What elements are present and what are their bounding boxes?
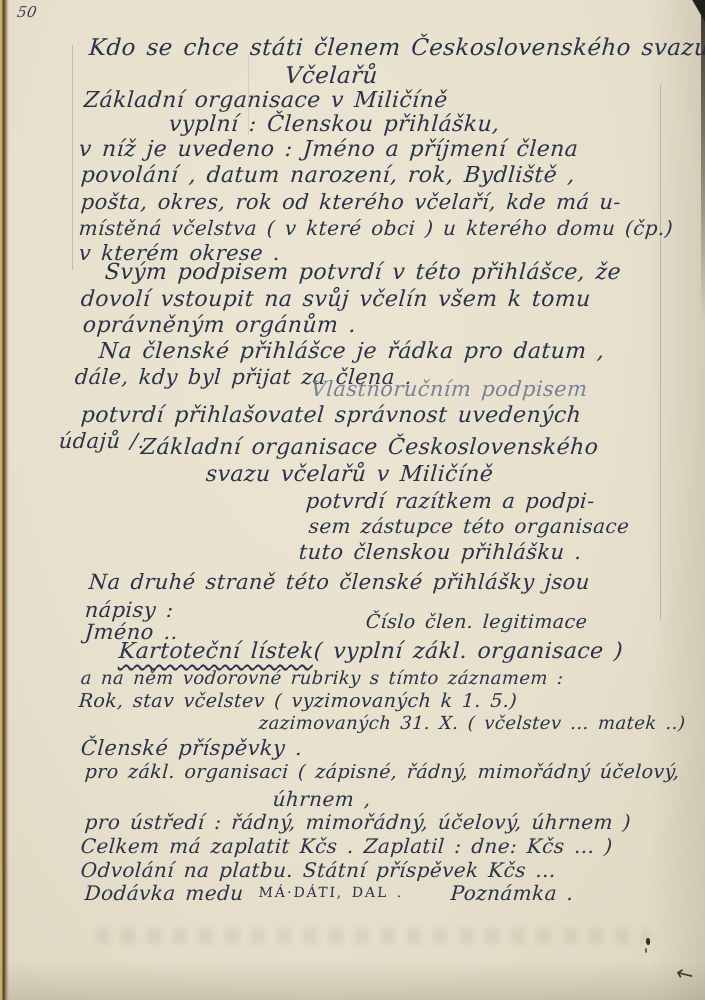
handwritten-line: Číslo člen. legitimace bbox=[365, 612, 588, 633]
handwritten-line: Celkem má zaplatit Kčs . Zaplatil : dne:… bbox=[80, 835, 613, 857]
handwritten-line: a na něm vodorovné rubriky s tímto zázna… bbox=[80, 669, 564, 689]
handwritten-line: Poznámka . bbox=[450, 882, 574, 904]
handwritten-line: sem zástupce této organisace bbox=[308, 515, 630, 537]
handwritten-line: oprávněným orgánům . bbox=[82, 314, 357, 338]
handwritten-line: nápisy : bbox=[84, 599, 174, 622]
handwritten-line: pro zákl. organisaci ( zápisné, řádný, m… bbox=[84, 762, 680, 783]
margin-line-left bbox=[72, 45, 73, 270]
handwritten-line: Na členské přihlášce je řádka pro datum … bbox=[98, 340, 605, 364]
handwritten-line: Vlastnoručním podpisem bbox=[310, 378, 588, 401]
underlined-heading: Kartoteční lístek bbox=[118, 639, 315, 664]
handwritten-line: Základní organisace v Miličíně bbox=[83, 89, 448, 113]
handwritten-line: Kdo se chce státi členem Československéh… bbox=[88, 36, 705, 61]
handwritten-line: potvrdí přihlašovatel správnost uvedenýc… bbox=[80, 404, 582, 428]
handwritten-line: Rok, stav včelstev ( vyzimovaných k 1. 5… bbox=[78, 691, 518, 712]
handwritten-line: pro ústředí : řádný, mimořádný, účelový,… bbox=[84, 811, 632, 833]
heading-note: ( vyplní zákl. organisace ) bbox=[313, 639, 624, 664]
handwritten-line: dovolí vstoupit na svůj včelín všem k to… bbox=[80, 288, 592, 312]
handwritten-line: svazu včelařů v Miličíně bbox=[205, 463, 494, 487]
ink-bleedthrough bbox=[95, 928, 650, 944]
handwritten-line: Na druhé straně této členské přihlášky j… bbox=[88, 571, 591, 594]
handwritten-line: Členské příspěvky . bbox=[80, 737, 303, 760]
handwritten-line: Svým podpisem potvrdí v této přihlášce, … bbox=[104, 261, 622, 285]
handwritten-line: Odvolání na platbu. Státní příspěvek Kčs… bbox=[80, 859, 557, 881]
handwritten-line: tuto členskou přihlášku . bbox=[298, 541, 582, 564]
handwritten-line: Základní organisace Československého bbox=[140, 436, 599, 460]
scanned-notebook-page: ← 50 Kdo se chce státi členem Českoslove… bbox=[0, 0, 705, 1000]
handwritten-line: pošta, okres, rok od kterého včelaří, kd… bbox=[80, 191, 622, 214]
handwritten-line: údajů /. bbox=[58, 430, 146, 453]
handwritten-line: Včelařů bbox=[284, 64, 379, 89]
ink-blot bbox=[646, 938, 650, 945]
page-number: 50 bbox=[16, 4, 38, 21]
handwritten-line: v níž je uvedeno : Jméno a příjmení člen… bbox=[78, 138, 579, 162]
handwritten-line: zazimovaných 31. X. ( včelstev ... matek… bbox=[258, 714, 686, 734]
handwritten-line: potvrdí razítkem a podpi- bbox=[305, 490, 595, 513]
handwritten-line: Dodávka medu bbox=[84, 882, 244, 904]
handwritten-line: úhrnem , bbox=[272, 788, 371, 810]
handwritten-line: povolání , datum narození, rok, Bydliště… bbox=[80, 164, 576, 188]
handwritten-heading-row: Kartoteční lístek( vyplní zákl. organisa… bbox=[118, 640, 624, 664]
handwritten-line: místěná včelstva ( v které obci ) u kter… bbox=[78, 217, 674, 239]
margin-line-right bbox=[660, 85, 661, 620]
ink-arrow-mark: ← bbox=[673, 960, 696, 988]
handwritten-line: vyplní : Členskou přihlášku, bbox=[168, 113, 500, 137]
page-binding-edge bbox=[0, 0, 9, 1000]
handwritten-caps-entry: MÁ·DÁTI, DAL . bbox=[258, 886, 404, 901]
